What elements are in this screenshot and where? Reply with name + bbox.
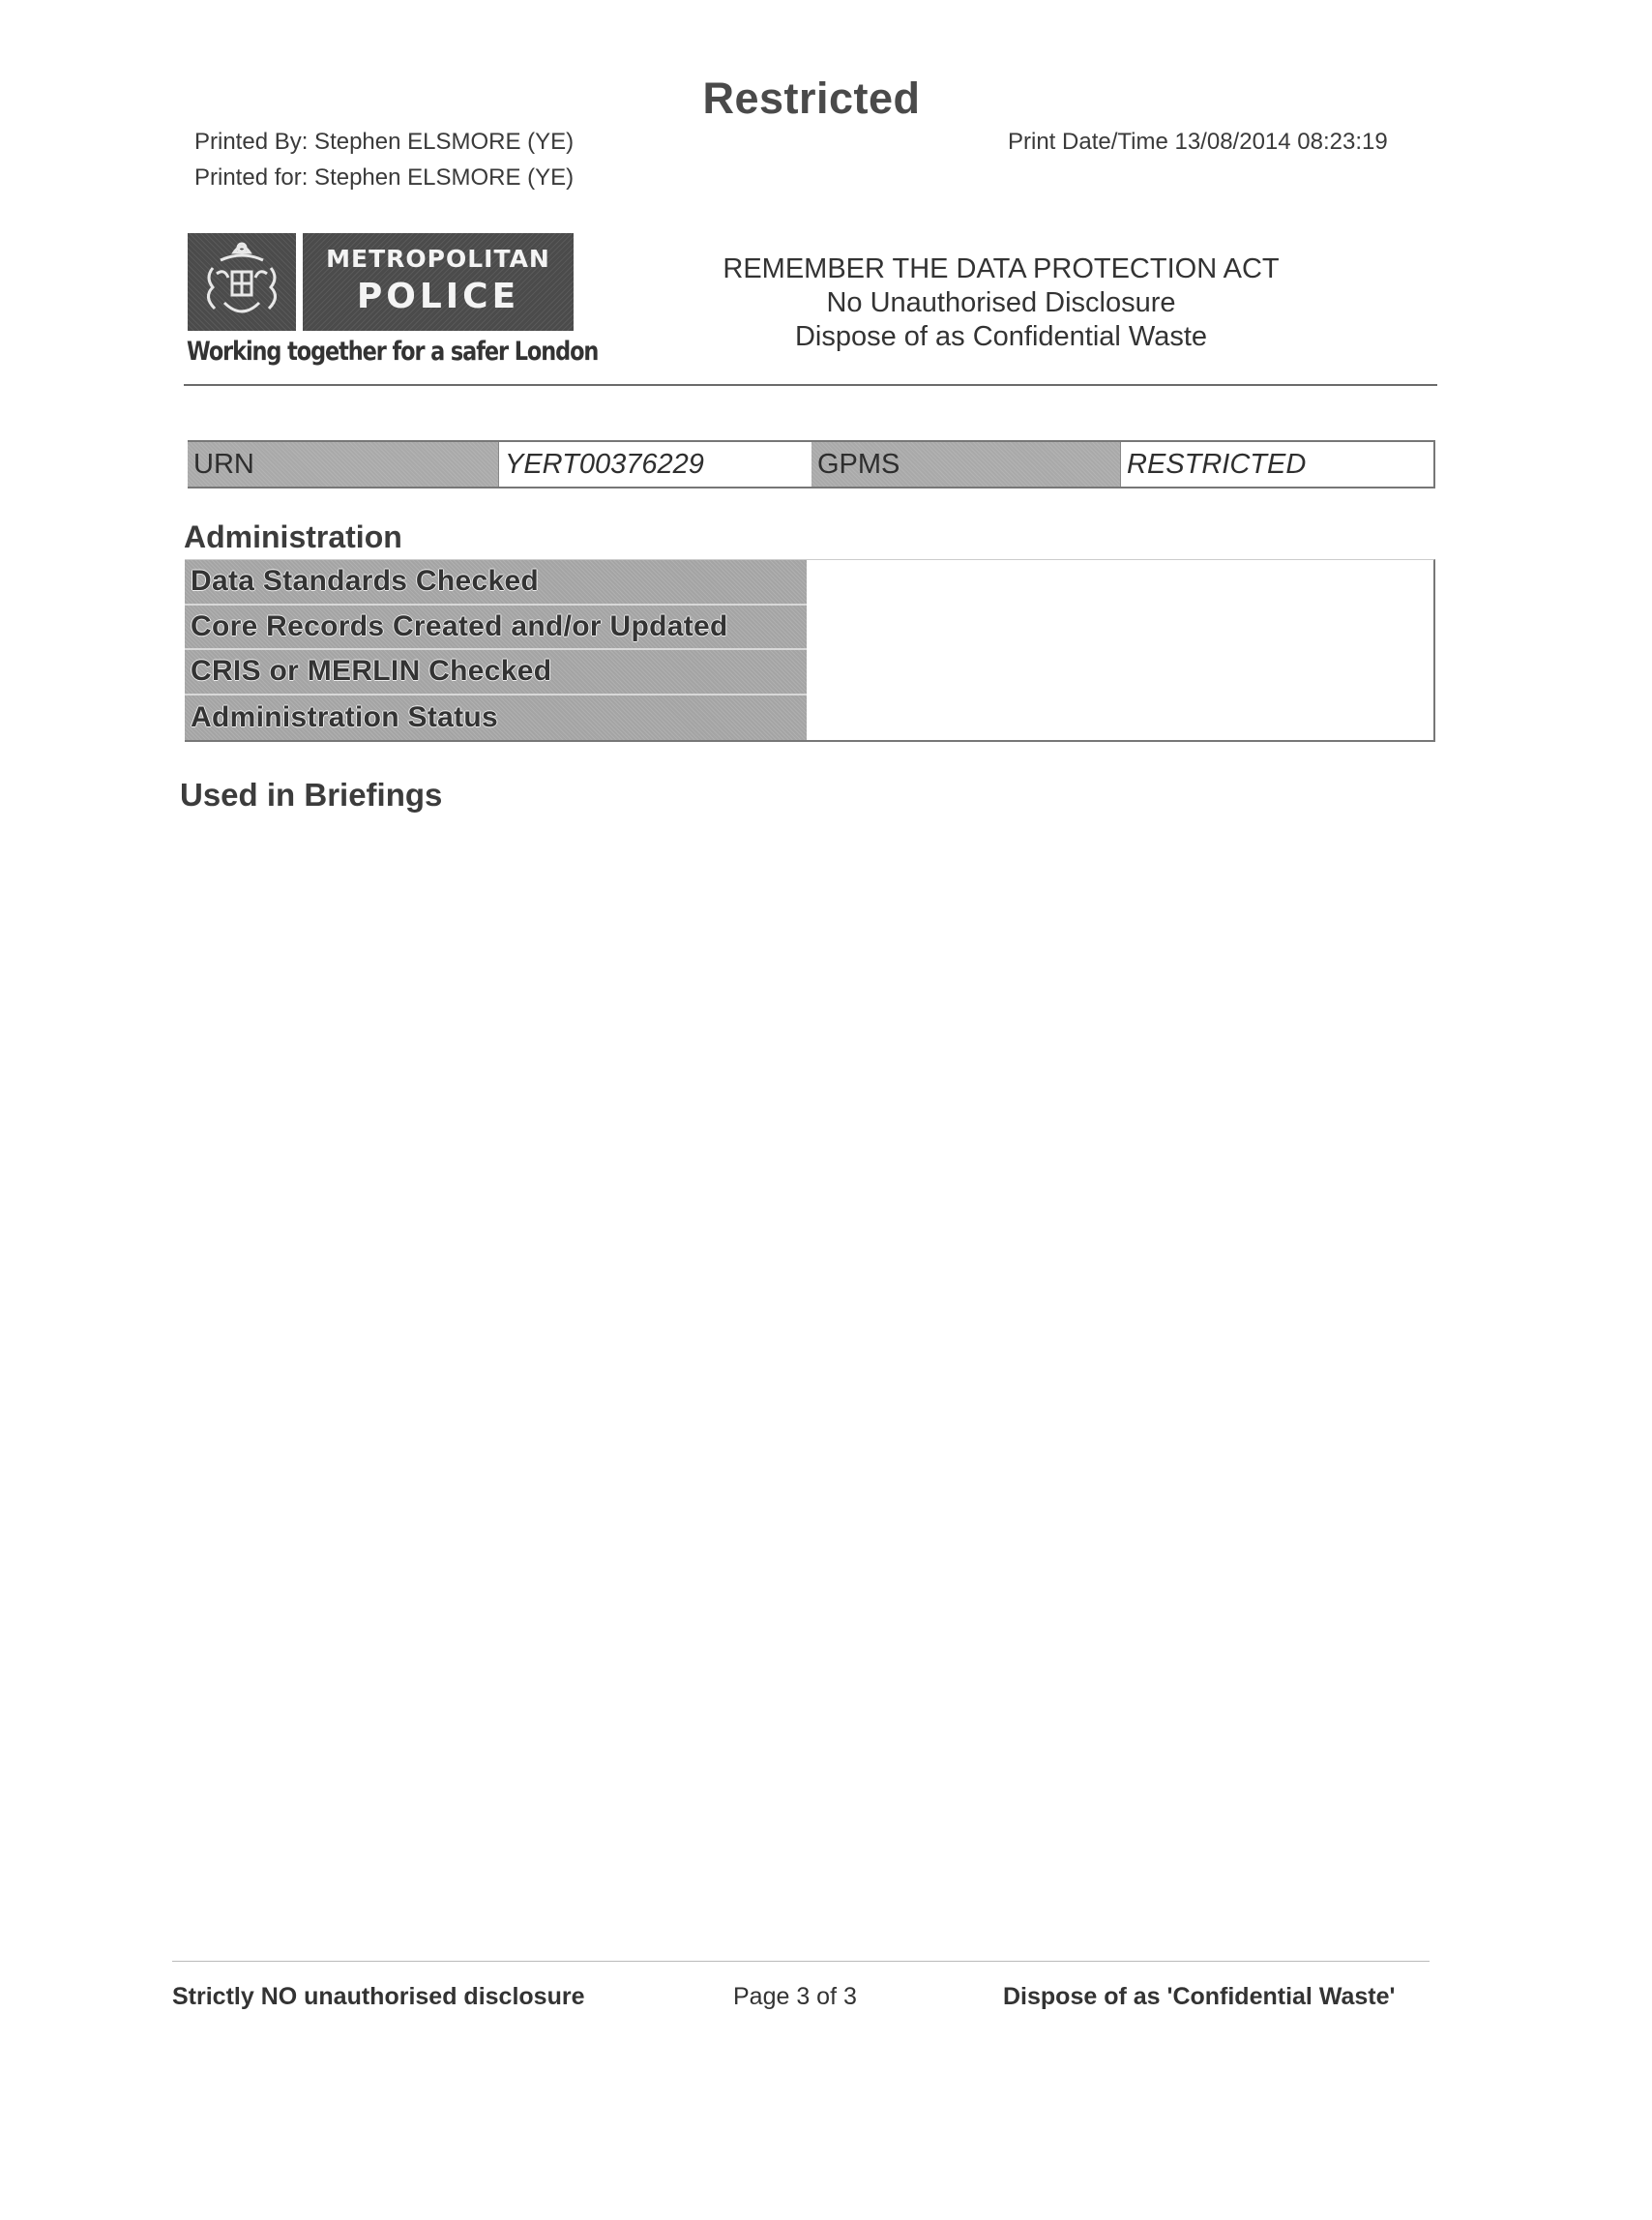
classification-title: Restricted [0,74,1623,124]
reference-row: URN YERT00376229 GPMS RESTRICTED [188,440,1435,488]
briefings-heading: Used in Briefings [180,777,442,814]
gpms-label: GPMS [811,442,1120,487]
urn-label: URN [188,442,498,487]
logo-line-2: POLICE [303,277,574,316]
admin-row-status: Administration Status [185,696,807,741]
administration-heading: Administration [184,519,402,555]
print-datetime: Print Date/Time 13/08/2014 08:23:19 [1008,129,1388,156]
logo-wordmark: METROPOLITAN POLICE [303,233,574,331]
printed-for: Printed for: Stephen ELSMORE (YE) [194,164,574,192]
footer-disclosure: Strictly NO unauthorised disclosure [172,1983,584,2011]
admin-row-data-standards: Data Standards Checked [185,560,807,606]
administration-labels: Data Standards Checked Core Records Crea… [185,560,807,740]
met-police-logo: METROPOLITAN POLICE [188,233,575,332]
admin-row-core-records: Core Records Created and/or Updated [185,606,807,651]
gpms-value: RESTRICTED [1120,442,1433,487]
logo-tagline: Working together for a safer London [187,337,598,367]
urn-value: YERT00376229 [498,442,811,487]
administration-table: Data Standards Checked Core Records Crea… [185,559,1435,742]
notice-line-3: Dispose of as Confidential Waste [658,321,1344,353]
notice-line-1: REMEMBER THE DATA PROTECTION ACT [658,253,1344,285]
header-divider [184,384,1437,386]
logo-line-1: METROPOLITAN [303,245,574,273]
page-number: Page 3 of 3 [733,1983,857,2011]
footer-dispose: Dispose of as 'Confidential Waste' [1003,1983,1395,2011]
crest-icon [188,233,296,331]
printed-by: Printed By: Stephen ELSMORE (YE) [194,129,574,156]
admin-row-cris-merlin: CRIS or MERLIN Checked [185,650,807,696]
notice-line-2: No Unauthorised Disclosure [658,287,1344,319]
footer-divider [172,1961,1430,1962]
